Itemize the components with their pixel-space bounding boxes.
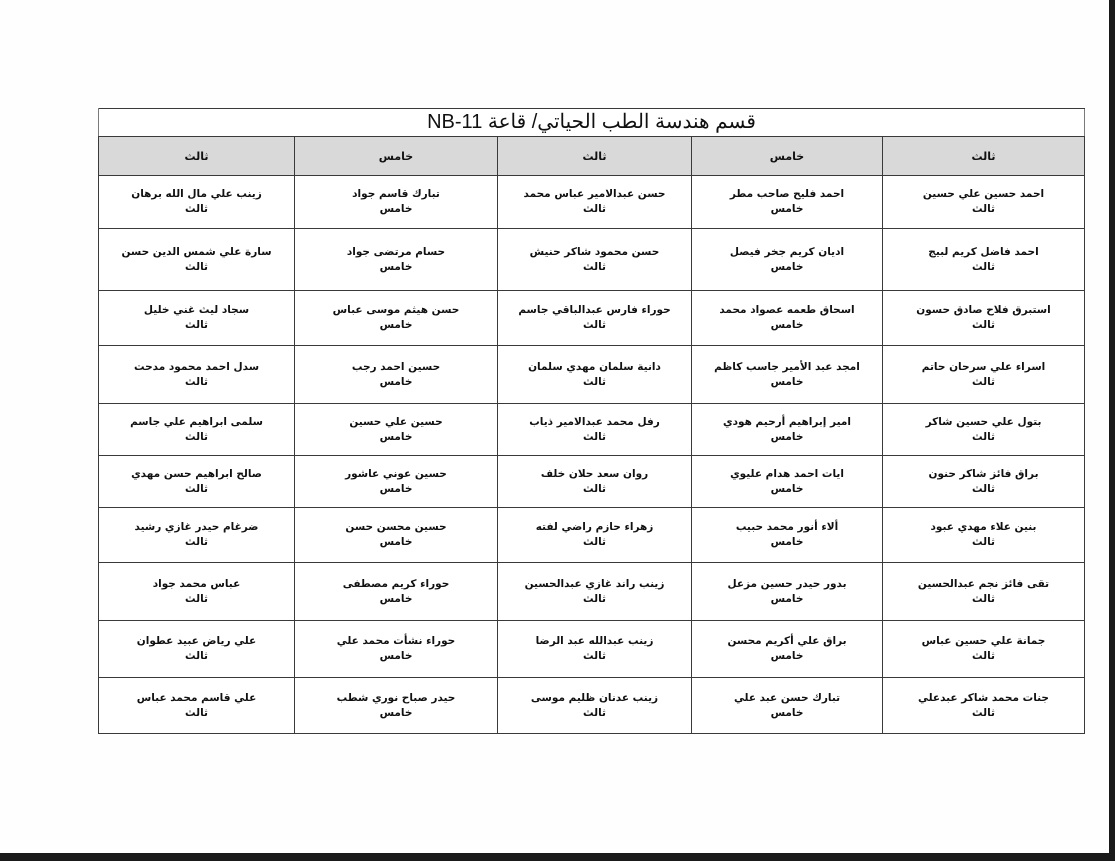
student-level: ثالث bbox=[883, 430, 1084, 445]
student-level: ثالث bbox=[99, 592, 294, 607]
student-name: زهراء حازم راضي لفته bbox=[498, 520, 691, 535]
student-name: زينب راند غازي عبدالحسين bbox=[498, 577, 691, 592]
student-level: ثالث bbox=[883, 482, 1084, 497]
student-cell: تقى فائز نجم عبدالحسينثالث bbox=[883, 563, 1085, 621]
table-row: تقى فائز نجم عبدالحسينثالثبدور حيدر حسين… bbox=[99, 563, 1085, 621]
student-level: خامس bbox=[692, 375, 882, 390]
student-cell: ألاء أنور محمد حبيبخامس bbox=[692, 508, 883, 563]
student-level: ثالث bbox=[498, 430, 691, 445]
student-cell: تبارك حسن عبد عليخامس bbox=[692, 678, 883, 734]
student-name: حوراء كريم مصطفى bbox=[295, 577, 497, 592]
student-cell: ضرغام حيدر غازي رشيدثالث bbox=[99, 508, 295, 563]
student-level: ثالث bbox=[99, 706, 294, 721]
window-frame-bottom bbox=[0, 853, 1115, 861]
student-name: احمد فليح صاحب مطر bbox=[692, 187, 882, 202]
student-cell: ايات احمد هدام عليويخامس bbox=[692, 456, 883, 508]
student-level: خامس bbox=[295, 535, 497, 550]
student-name: سجاد ليث غني خليل bbox=[99, 303, 294, 318]
student-level: ثالث bbox=[883, 706, 1084, 721]
student-cell: براق فائز شاكر حنونثالث bbox=[883, 456, 1085, 508]
student-cell: دانية سلمان مهدي سلمانثالث bbox=[498, 346, 692, 404]
student-level: ثالث bbox=[99, 202, 294, 217]
student-name: حسين علي حسين bbox=[295, 415, 497, 430]
student-level: ثالث bbox=[883, 375, 1084, 390]
student-name: دانية سلمان مهدي سلمان bbox=[498, 360, 691, 375]
student-cell: امجد عبد الأمير جاسب كاظمخامس bbox=[692, 346, 883, 404]
student-level: ثالث bbox=[883, 592, 1084, 607]
student-name: ضرغام حيدر غازي رشيد bbox=[99, 520, 294, 535]
student-name: براق علي أكريم محسن bbox=[692, 634, 882, 649]
student-level: خامس bbox=[295, 202, 497, 217]
table-row: بنين علاء مهدي عبودثالثألاء أنور محمد حب… bbox=[99, 508, 1085, 563]
student-name: زينب عبدالله عبد الرضا bbox=[498, 634, 691, 649]
student-cell: براق علي أكريم محسنخامس bbox=[692, 621, 883, 678]
table-body: احمد حسين علي حسينثالثاحمد فليح صاحب مطر… bbox=[99, 176, 1085, 734]
student-level: خامس bbox=[692, 202, 882, 217]
student-cell: حسام مرتضى جوادخامس bbox=[295, 229, 498, 291]
student-cell: احمد حسين علي حسينثالث bbox=[883, 176, 1085, 229]
student-name: ايات احمد هدام عليوي bbox=[692, 467, 882, 482]
student-level: خامس bbox=[295, 706, 497, 721]
student-name: سلمى ابراهيم علي جاسم bbox=[99, 415, 294, 430]
student-name: حسن هيثم موسى عباس bbox=[295, 303, 497, 318]
student-cell: زينب عبدالله عبد الرضاثالث bbox=[498, 621, 692, 678]
table-row: براق فائز شاكر حنونثالثايات احمد هدام عل… bbox=[99, 456, 1085, 508]
table-title: قسم هندسة الطب الحياتي/ قاعة NB-11 bbox=[427, 109, 756, 136]
student-level: خامس bbox=[295, 260, 497, 275]
student-level: خامس bbox=[692, 318, 882, 333]
student-cell: اديان كريم جخر فيصلخامس bbox=[692, 229, 883, 291]
student-name: حسين محسن حسن bbox=[295, 520, 497, 535]
student-cell: سجاد ليث غني خليلثالث bbox=[99, 291, 295, 346]
student-name: تقى فائز نجم عبدالحسين bbox=[883, 577, 1084, 592]
student-level: خامس bbox=[295, 482, 497, 497]
student-cell: حسن هيثم موسى عباسخامس bbox=[295, 291, 498, 346]
student-cell: حوراء فارس عبدالباقي جاسمثالث bbox=[498, 291, 692, 346]
student-cell: علي قاسم محمد عباسثالث bbox=[99, 678, 295, 734]
student-cell: بنين علاء مهدي عبودثالث bbox=[883, 508, 1085, 563]
student-cell: استبرق فلاح صادق حسونثالث bbox=[883, 291, 1085, 346]
document-page: قسم هندسة الطب الحياتي/ قاعة NB-11 ثالث … bbox=[0, 0, 1109, 853]
student-cell: حسن محمود شاكر حنيشثالث bbox=[498, 229, 692, 291]
student-cell: زهراء حازم راضي لفتهثالث bbox=[498, 508, 692, 563]
student-level: ثالث bbox=[99, 482, 294, 497]
column-header-row: ثالث خامس ثالث خامس ثالث bbox=[99, 137, 1085, 176]
student-cell: جنات محمد شاكر عبدعليثالث bbox=[883, 678, 1085, 734]
student-level: خامس bbox=[692, 482, 882, 497]
column-header: ثالث bbox=[99, 137, 295, 176]
student-cell: حسن عبدالامير عباس محمدثالث bbox=[498, 176, 692, 229]
student-name: امجد عبد الأمير جاسب كاظم bbox=[692, 360, 882, 375]
student-cell: عباس محمد جوادثالث bbox=[99, 563, 295, 621]
student-cell: اسراء علي سرحان حاتمثالث bbox=[883, 346, 1085, 404]
student-name: حسين عوني عاشور bbox=[295, 467, 497, 482]
student-name: جمانة علي حسين عباس bbox=[883, 634, 1084, 649]
student-name: علي رياض عبيد عطوان bbox=[99, 634, 294, 649]
column-header: ثالث bbox=[883, 137, 1085, 176]
student-level: ثالث bbox=[99, 375, 294, 390]
student-cell: حسين عوني عاشورخامس bbox=[295, 456, 498, 508]
student-level: ثالث bbox=[883, 649, 1084, 664]
student-level: ثالث bbox=[498, 592, 691, 607]
student-name: حسن عبدالامير عباس محمد bbox=[498, 187, 691, 202]
column-header: خامس bbox=[295, 137, 498, 176]
student-cell: سارة علي شمس الدين حسنثالث bbox=[99, 229, 295, 291]
student-name: عباس محمد جواد bbox=[99, 577, 294, 592]
student-cell: سدل احمد محمود مدحتثالث bbox=[99, 346, 295, 404]
student-cell: جمانة علي حسين عباسثالث bbox=[883, 621, 1085, 678]
student-cell: رفل محمد عبدالامير ذيابثالث bbox=[498, 404, 692, 456]
student-name: احمد حسين علي حسين bbox=[883, 187, 1084, 202]
table-row: استبرق فلاح صادق حسونثالثاسحاق طعمه عصوا… bbox=[99, 291, 1085, 346]
student-level: ثالث bbox=[99, 260, 294, 275]
student-name: حوراء نشأت محمد علي bbox=[295, 634, 497, 649]
student-level: خامس bbox=[692, 430, 882, 445]
student-name: رفل محمد عبدالامير ذياب bbox=[498, 415, 691, 430]
student-level: خامس bbox=[295, 430, 497, 445]
student-name: احمد فاضل كريم لبيج bbox=[883, 245, 1084, 260]
student-name: سدل احمد محمود مدحت bbox=[99, 360, 294, 375]
student-cell: سلمى ابراهيم علي جاسمثالث bbox=[99, 404, 295, 456]
student-cell: زينب علي مال الله برهانثالث bbox=[99, 176, 295, 229]
student-cell: حسين محسن حسنخامس bbox=[295, 508, 498, 563]
student-cell: حيدر صباح نوري شطبخامس bbox=[295, 678, 498, 734]
student-level: خامس bbox=[295, 649, 497, 664]
student-level: خامس bbox=[692, 649, 882, 664]
student-name: زينب علي مال الله برهان bbox=[99, 187, 294, 202]
student-name: حسام مرتضى جواد bbox=[295, 245, 497, 260]
student-name: امير إبراهيم أرحيم هودي bbox=[692, 415, 882, 430]
student-name: سارة علي شمس الدين حسن bbox=[99, 245, 294, 260]
student-level: ثالث bbox=[498, 375, 691, 390]
student-name: تبارك قاسم جواد bbox=[295, 187, 497, 202]
student-cell: حسين احمد رجبخامس bbox=[295, 346, 498, 404]
student-seating-table: قسم هندسة الطب الحياتي/ قاعة NB-11 ثالث … bbox=[98, 108, 1085, 734]
student-level: خامس bbox=[692, 706, 882, 721]
student-name: زينب عدنان ظليم موسى bbox=[498, 691, 691, 706]
student-name: اسراء علي سرحان حاتم bbox=[883, 360, 1084, 375]
table-row: احمد فاضل كريم لبيجثالثاديان كريم جخر في… bbox=[99, 229, 1085, 291]
column-header: خامس bbox=[692, 137, 883, 176]
student-cell: اسحاق طعمه عصواد محمدخامس bbox=[692, 291, 883, 346]
student-level: ثالث bbox=[498, 318, 691, 333]
window-frame-right bbox=[1109, 0, 1115, 861]
student-level: ثالث bbox=[883, 260, 1084, 275]
student-name: بنين علاء مهدي عبود bbox=[883, 520, 1084, 535]
student-level: ثالث bbox=[883, 535, 1084, 550]
student-level: ثالث bbox=[883, 318, 1084, 333]
student-level: ثالث bbox=[99, 430, 294, 445]
student-name: تبارك حسن عبد علي bbox=[692, 691, 882, 706]
student-level: ثالث bbox=[99, 318, 294, 333]
student-name: ألاء أنور محمد حبيب bbox=[692, 520, 882, 535]
student-level: ثالث bbox=[498, 260, 691, 275]
student-level: ثالث bbox=[498, 482, 691, 497]
student-level: خامس bbox=[295, 318, 497, 333]
student-cell: حسين علي حسينخامس bbox=[295, 404, 498, 456]
student-name: حسين احمد رجب bbox=[295, 360, 497, 375]
student-name: جنات محمد شاكر عبدعلي bbox=[883, 691, 1084, 706]
student-cell: صالح ابراهيم حسن مهديثالث bbox=[99, 456, 295, 508]
student-name: بتول علي حسين شاكر bbox=[883, 415, 1084, 430]
student-name: روان سعد حلان خلف bbox=[498, 467, 691, 482]
student-cell: بدور حيدر حسين مزعلخامس bbox=[692, 563, 883, 621]
student-name: حسن محمود شاكر حنيش bbox=[498, 245, 691, 260]
student-cell: احمد فليح صاحب مطرخامس bbox=[692, 176, 883, 229]
student-name: بدور حيدر حسين مزعل bbox=[692, 577, 882, 592]
table-row: اسراء علي سرحان حاتمثالثامجد عبد الأمير … bbox=[99, 346, 1085, 404]
student-level: ثالث bbox=[498, 535, 691, 550]
student-level: ثالث bbox=[99, 649, 294, 664]
student-level: ثالث bbox=[99, 535, 294, 550]
student-name: حوراء فارس عبدالباقي جاسم bbox=[498, 303, 691, 318]
student-cell: حوراء كريم مصطفىخامس bbox=[295, 563, 498, 621]
table-row: جمانة علي حسين عباسثالثبراق علي أكريم مح… bbox=[99, 621, 1085, 678]
student-cell: تبارك قاسم جوادخامس bbox=[295, 176, 498, 229]
student-name: صالح ابراهيم حسن مهدي bbox=[99, 467, 294, 482]
student-cell: زينب راند غازي عبدالحسينثالث bbox=[498, 563, 692, 621]
student-name: استبرق فلاح صادق حسون bbox=[883, 303, 1084, 318]
student-level: خامس bbox=[295, 375, 497, 390]
student-cell: علي رياض عبيد عطوانثالث bbox=[99, 621, 295, 678]
student-level: ثالث bbox=[883, 202, 1084, 217]
student-name: حيدر صباح نوري شطب bbox=[295, 691, 497, 706]
student-cell: احمد فاضل كريم لبيجثالث bbox=[883, 229, 1085, 291]
table-row: احمد حسين علي حسينثالثاحمد فليح صاحب مطر… bbox=[99, 176, 1085, 229]
student-level: خامس bbox=[692, 535, 882, 550]
student-name: براق فائز شاكر حنون bbox=[883, 467, 1084, 482]
student-level: ثالث bbox=[498, 649, 691, 664]
student-name: علي قاسم محمد عباس bbox=[99, 691, 294, 706]
student-level: خامس bbox=[295, 592, 497, 607]
student-cell: روان سعد حلان خلفثالث bbox=[498, 456, 692, 508]
student-cell: زينب عدنان ظليم موسىثالث bbox=[498, 678, 692, 734]
student-level: ثالث bbox=[498, 202, 691, 217]
table-row: بتول علي حسين شاكرثالثامير إبراهيم أرحيم… bbox=[99, 404, 1085, 456]
column-header: ثالث bbox=[498, 137, 692, 176]
student-level: خامس bbox=[692, 592, 882, 607]
student-name: اديان كريم جخر فيصل bbox=[692, 245, 882, 260]
student-cell: بتول علي حسين شاكرثالث bbox=[883, 404, 1085, 456]
table-title-cell: قسم هندسة الطب الحياتي/ قاعة NB-11 bbox=[99, 109, 1085, 137]
table-row: جنات محمد شاكر عبدعليثالثتبارك حسن عبد ع… bbox=[99, 678, 1085, 734]
student-level: ثالث bbox=[498, 706, 691, 721]
student-cell: امير إبراهيم أرحيم هوديخامس bbox=[692, 404, 883, 456]
student-cell: حوراء نشأت محمد عليخامس bbox=[295, 621, 498, 678]
student-name: اسحاق طعمه عصواد محمد bbox=[692, 303, 882, 318]
student-level: خامس bbox=[692, 260, 882, 275]
